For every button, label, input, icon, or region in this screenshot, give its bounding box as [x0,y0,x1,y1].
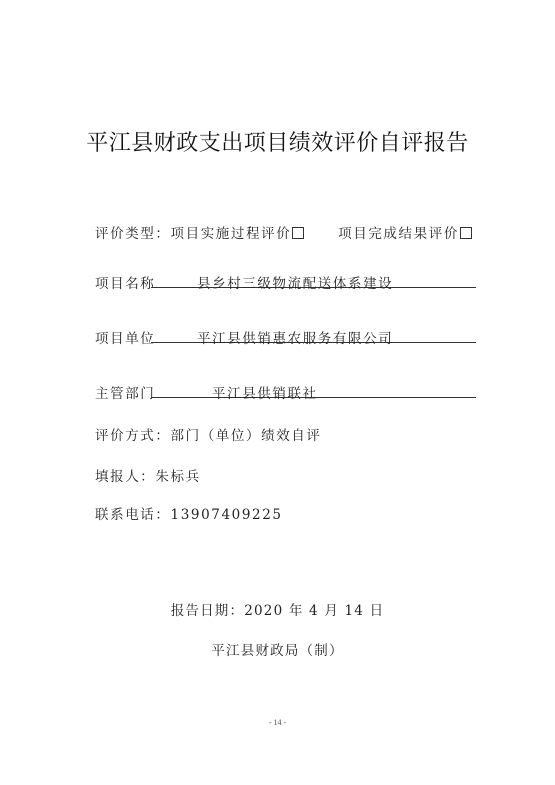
option-result-evaluation-label: 项目完成结果评价 [338,226,459,242]
option-result-evaluation-checkbox[interactable] [460,227,472,239]
project-unit-value: 平江县供销惠农服务有限公司 [197,327,393,347]
evaluation-type-label: 评价类型： [95,226,171,242]
page-number: - 14 - [0,718,555,727]
filled-by: 填报人：朱标兵 [95,465,201,485]
evaluation-type-line: 评价类型：项目实施过程评价 项目完成结果评价 [95,222,472,242]
project-unit-label: 项目单位 [95,327,155,347]
project-name-label: 项目名称 [95,272,155,292]
contact-phone: 联系电话：13907409225 [95,503,283,523]
supervising-dept-value: 平江县供销联社 [212,382,318,402]
option-process-evaluation-checkbox[interactable] [292,227,304,239]
issuer: 平江县财政局（制） [0,639,555,659]
option-process-evaluation-label: 项目实施过程评价 [171,226,292,242]
report-title: 平江县财政支出项目绩效评价自评报告 [0,126,555,157]
report-date: 报告日期：2020 年 4 月 14 日 [0,599,555,619]
document-page: 平江县财政支出项目绩效评价自评报告 评价类型：项目实施过程评价 项目完成结果评价… [0,0,555,785]
project-name-value: 县乡村三级物流配送体系建设 [197,272,393,292]
supervising-dept-label: 主管部门 [95,382,155,402]
evaluation-method: 评价方式：部门（单位）绩效自评 [95,424,322,444]
